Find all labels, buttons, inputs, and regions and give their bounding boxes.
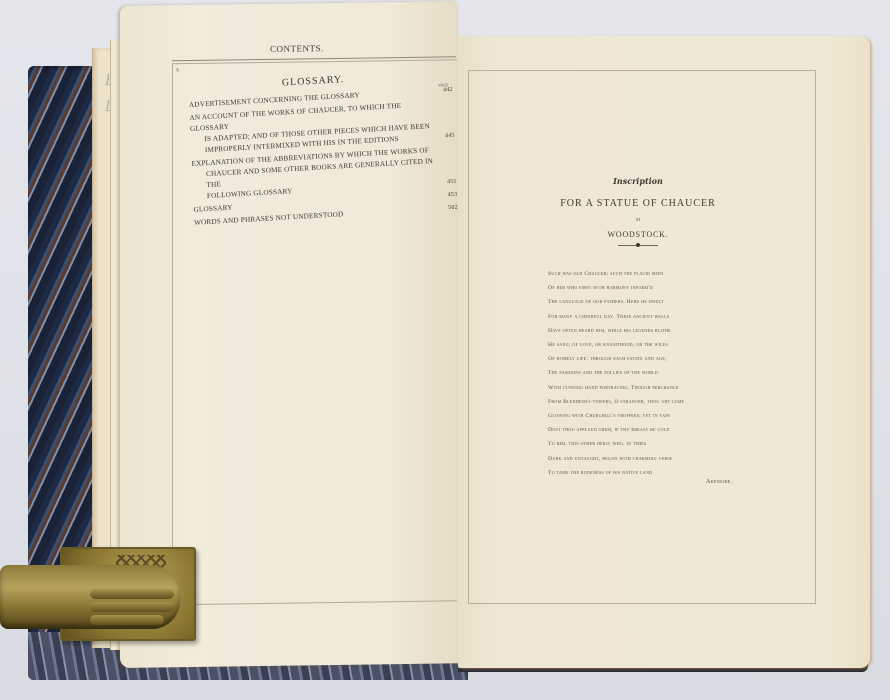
poem-line: He sang; of love, or knighthood, or the … <box>548 338 718 352</box>
poem-line: Dost thou applaud them, if thy breast be… <box>548 423 718 437</box>
poem-line: With cunning hand portraying. Though per… <box>548 381 718 395</box>
table-of-contents: GLOSSARY. PAGE ADVERTISEMENT CONCERNING … <box>188 69 444 231</box>
poem-line: The fashions and the follies of the worl… <box>548 366 718 380</box>
inscription-place: WOODSTOCK. <box>518 230 758 239</box>
page-number: 451 <box>447 177 457 189</box>
poem-line: From Blenheim's towers, O stranger, thou… <box>548 395 718 409</box>
poem-line: To him, this other hero; who, in times <box>548 437 718 451</box>
ornament-rule <box>618 245 658 246</box>
finger <box>90 602 174 612</box>
poem-line: Of him who first with harmony inform'd <box>548 281 718 295</box>
poem-line: Dark and untaught, began with charming v… <box>548 452 718 466</box>
poem-line: Have often heard him, while his legends … <box>548 324 718 338</box>
inscription-title: FOR A STATUE OF CHAUCER <box>518 198 758 209</box>
inscription-heading: Inscription FOR A STATUE OF CHAUCER AT W… <box>518 176 758 246</box>
poem-line: The language of our fathers. Here he dwe… <box>548 295 718 309</box>
finger <box>90 589 174 599</box>
brass-hand-clip <box>0 545 194 640</box>
poem-line: Glowing with Churchill's trophies; yet i… <box>548 409 718 423</box>
finger <box>90 615 164 625</box>
inscription-at: AT <box>518 217 758 222</box>
inscription-label: Inscription <box>518 176 758 186</box>
running-head: CONTENTS. <box>270 43 324 54</box>
right-page: Inscription FOR A STATUE OF CHAUCER AT W… <box>458 36 870 668</box>
page-number: 502 <box>448 203 458 215</box>
poem-line: Such was old Chaucer; such the placid mi… <box>548 267 718 281</box>
photo-scene: Ba Lu CONTENTS. x GLOSSARY. PAGE ADVERTI… <box>0 0 890 700</box>
poem-author: Akenside. <box>706 479 733 485</box>
page-number: 453 <box>447 190 457 202</box>
poem-line: Of homely life: through each estate and … <box>548 352 718 366</box>
page-number: 442 <box>443 85 453 97</box>
page-number: 445 <box>445 131 455 143</box>
poem-line: To tame the rudeness of his native land <box>548 466 718 480</box>
poem: Such was old Chaucer; such the placid mi… <box>548 267 718 480</box>
poem-line: For many a cheerful day. These ancient w… <box>548 310 718 324</box>
